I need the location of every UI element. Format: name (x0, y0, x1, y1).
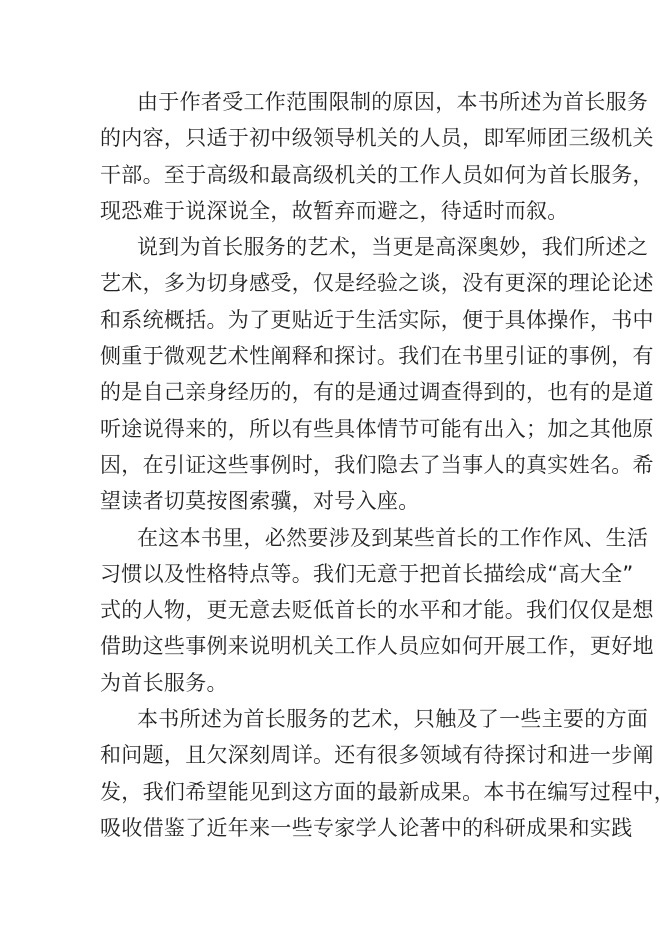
text-line: 借助这些事例来说明机关工作人员应如何开展工作，更好地 (100, 628, 562, 664)
text-line: 干部。至于高级和最高级机关的工作人员如何为首长服务， (100, 157, 562, 193)
text-line: 吸收借鉴了近年来一些专家学人论著中的科研成果和实践 (100, 810, 562, 846)
text-line: 本书所述为首长服务的艺术，只触及了一些主要的方面 (100, 701, 562, 737)
document-page: 由于作者受工作范围限制的原因，本书所述为首长服务 的内容，只适于初中级领导机关的… (100, 84, 562, 846)
text-line: 和系统概括。为了更贴近于生活实际，便于具体操作，书中 (100, 302, 562, 338)
text-line: 听途说得来的，所以有些具体情节可能有出入；加之其他原 (100, 411, 562, 447)
text-line: 的是自己亲身经历的，有的是通过调查得到的，也有的是道 (100, 374, 562, 410)
paragraph-acknowledgement: 本书所述为首长服务的艺术，只触及了一些主要的方面 和问题，且欠深刻周详。还有很多… (100, 701, 562, 846)
text-line: 在这本书里，必然要涉及到某些首长的工作作风、生活 (100, 520, 562, 556)
text-line: 现恐难于说深说全，故暂弃而避之，待适时而叙。 (100, 193, 562, 229)
text-line: 说到为首长服务的艺术，当更是高深奥妙，我们所述之 (100, 229, 562, 265)
paragraph-art-of-service: 说到为首长服务的艺术，当更是高深奥妙，我们所述之 艺术，多为切身感受，仅是经验之… (100, 229, 562, 519)
text-line: 和问题，且欠深刻周详。还有很多领域有待探讨和进一步阐 (100, 737, 562, 773)
text-line: 侧重于微观艺术性阐释和探讨。我们在书里引证的事例，有 (100, 338, 562, 374)
text-line: 的内容，只适于初中级领导机关的人员，即军师团三级机关 (100, 120, 562, 156)
text-line: 因，在引证这些事例时，我们隐去了当事人的真实姓名。希 (100, 447, 562, 483)
paragraph-leader-portrayal: 在这本书里，必然要涉及到某些首长的工作作风、生活 习惯以及性格特点等。我们无意于… (100, 520, 562, 701)
text-line: 式的人物，更无意去贬低首长的水平和才能。我们仅仅是想 (100, 592, 562, 628)
text-line: 由于作者受工作范围限制的原因，本书所述为首长服务 (100, 84, 562, 120)
text-line: 艺术，多为切身感受，仅是经验之谈，没有更深的理论论述 (100, 265, 562, 301)
text-line: 为首长服务。 (100, 665, 562, 701)
text-line: 习惯以及性格特点等。我们无意于把首长描绘成“高大全” (100, 556, 562, 592)
text-line: 发，我们希望能见到这方面的最新成果。本书在编写过程中， (100, 774, 562, 810)
text-line: 望读者切莫按图索骥，对号入座。 (100, 483, 562, 519)
paragraph-scope-limitation: 由于作者受工作范围限制的原因，本书所述为首长服务 的内容，只适于初中级领导机关的… (100, 84, 562, 229)
